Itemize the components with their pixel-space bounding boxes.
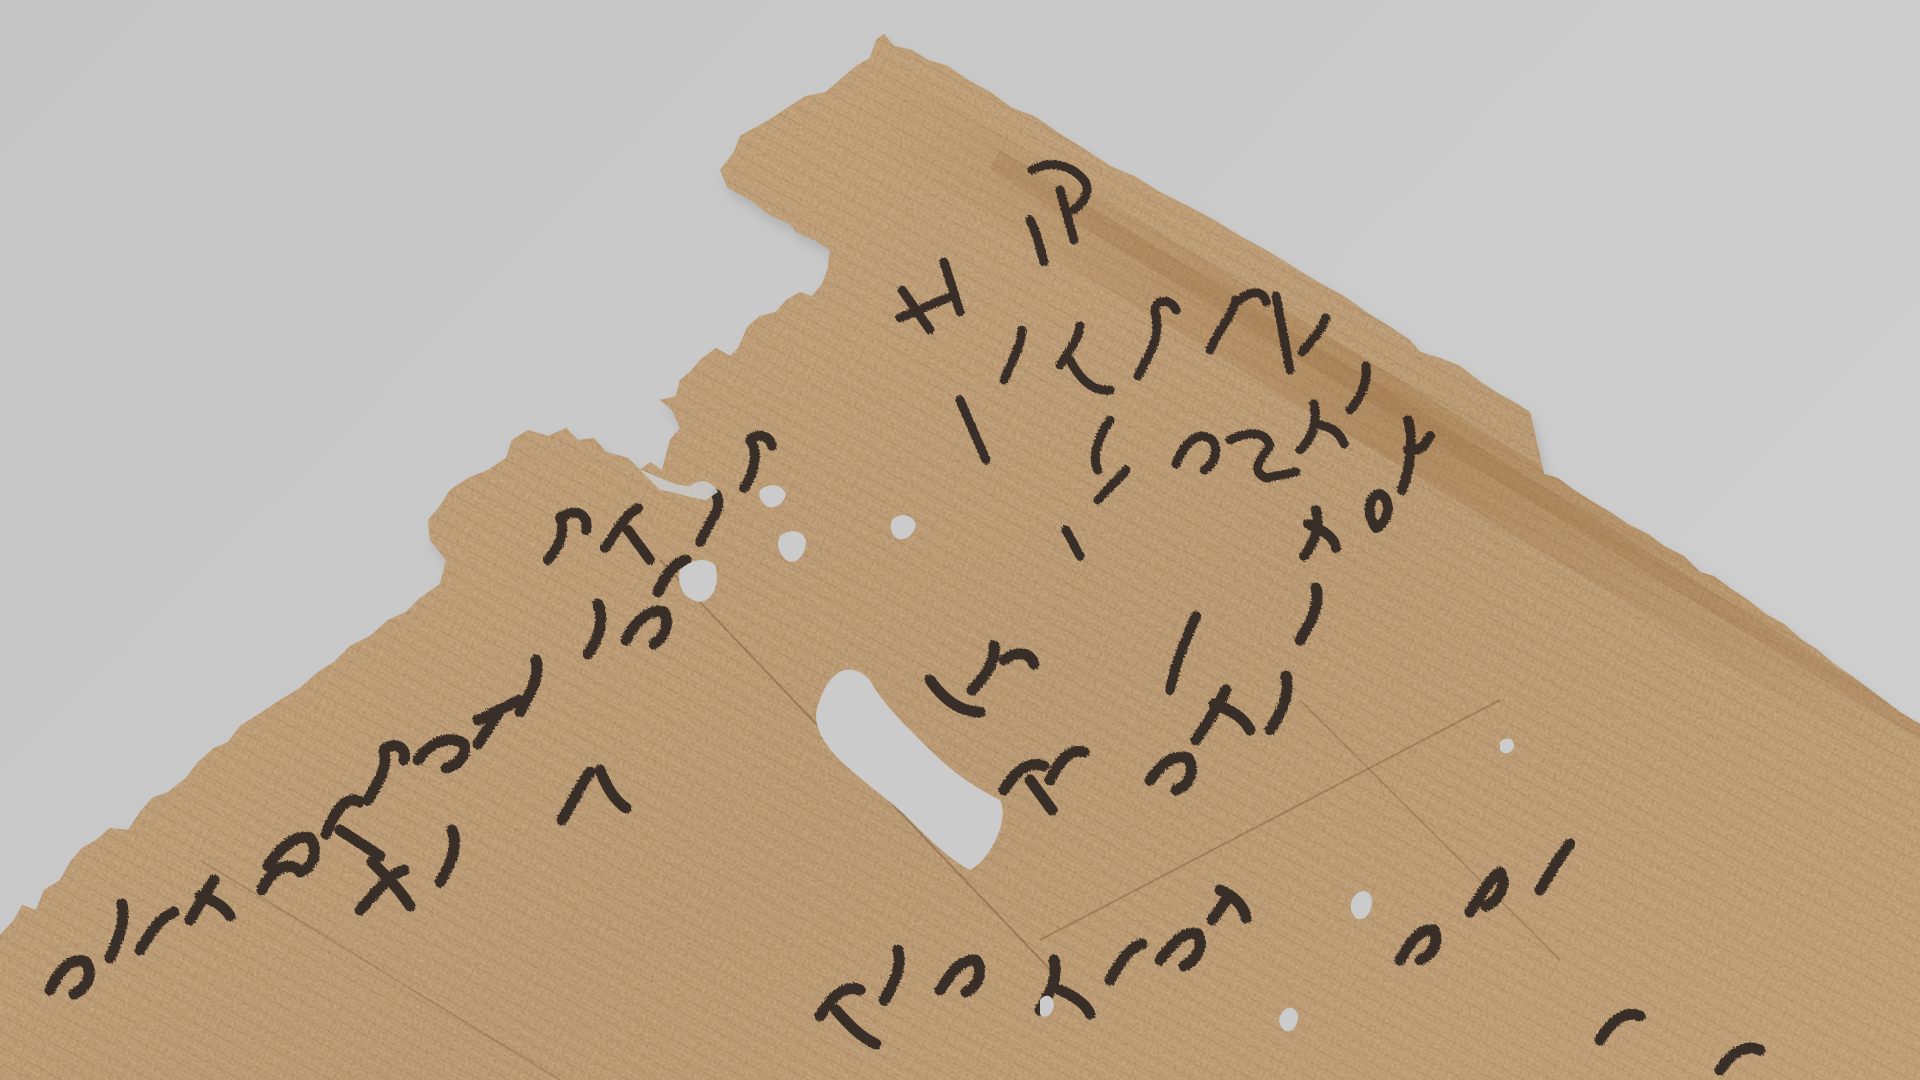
papyrus-illustration [0, 0, 1920, 1080]
papyrus-photo [0, 0, 1920, 1080]
papyrus-surface [0, 0, 1920, 1080]
